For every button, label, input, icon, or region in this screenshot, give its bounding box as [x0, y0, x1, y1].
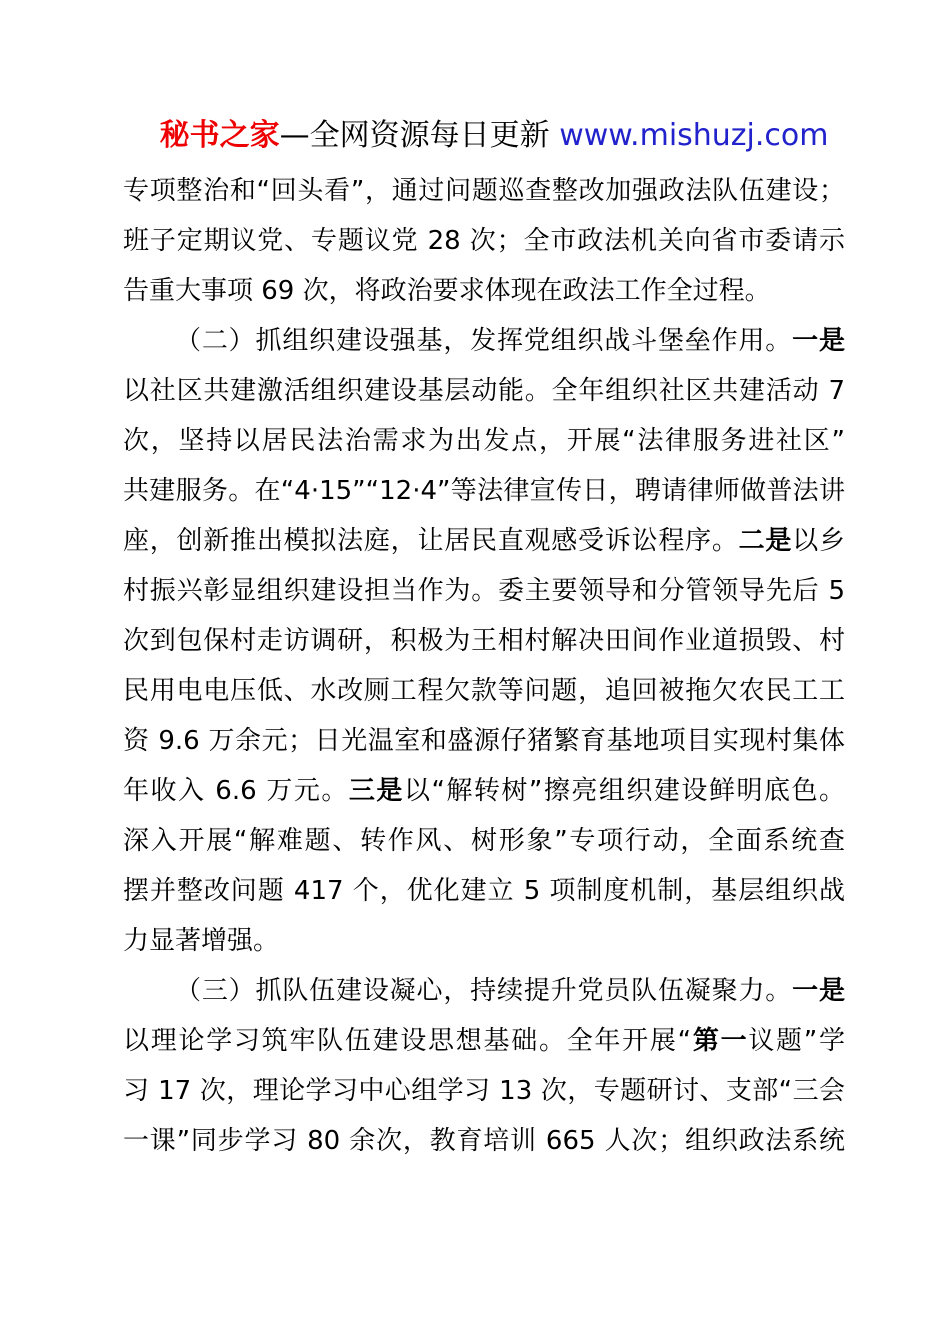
- emphasis-text: 三是: [349, 776, 404, 806]
- text-segment: 座，创新推出模拟法庭，让居民直观感受诉讼程序。: [123, 526, 739, 556]
- text-segment: 议题”学: [748, 1026, 845, 1056]
- text-line: 告重大事项 69 次，将政治要求体现在政法工作全过程。: [123, 266, 845, 316]
- text-line: （三）抓队伍建设凝心，持续提升党员队伍凝聚力。一是: [123, 966, 845, 1016]
- site-brand: 秘书之家: [160, 118, 280, 153]
- text-segment: 一课”同步学习 80 余次，教育培训 665 人次；组织政法系统领: [123, 1126, 845, 1166]
- text-line: 以社区共建激活组织建设基层动能。全年组织社区共建活动 7: [123, 366, 845, 416]
- text-line: 习 17 次，理论学习中心组学习 13 次，专题研讨、支部“三会: [123, 1066, 845, 1116]
- text-segment: 告重大事项 69 次，将政治要求体现在政法工作全过程。: [123, 276, 771, 306]
- text-line: 专项整治和“回头看”，通过问题巡查整改加强政法队伍建设；: [123, 166, 845, 216]
- paragraph: （二）抓组织建设强基，发挥党组织战斗堡垒作用。一是以社区共建激活组织建设基层动能…: [123, 316, 845, 966]
- text-segment: 次，坚持以居民法治需求为出发点，开展“法律服务进社区”: [123, 426, 845, 456]
- text-line: 次，坚持以居民法治需求为出发点，开展“法律服务进社区”: [123, 416, 845, 466]
- text-segment: 专项整治和“回头看”，通过问题巡查整改加强政法队伍建设；: [123, 176, 845, 206]
- emphasis-text: 一是: [792, 326, 845, 356]
- text-segment: 习 17 次，理论学习中心组学习 13 次，专题研讨、支部“三会: [123, 1076, 845, 1106]
- text-line: 座，创新推出模拟法庭，让居民直观感受诉讼程序。二是以乡: [123, 516, 845, 566]
- document-body: 专项整治和“回头看”，通过问题巡查整改加强政法队伍建设；班子定期议党、专题议党 …: [123, 166, 845, 1166]
- text-segment: 资 9.6 万余元；日光温室和盛源仔猪繁育基地项目实现村集体: [123, 726, 845, 756]
- paragraph: （三）抓队伍建设凝心，持续提升党员队伍凝聚力。一是以理论学习筑牢队伍建设思想基础…: [123, 966, 845, 1166]
- paragraph: 专项整治和“回头看”，通过问题巡查整改加强政法队伍建设；班子定期议党、专题议党 …: [123, 166, 845, 316]
- site-tagline: —全网资源每日更新: [280, 118, 560, 153]
- text-line: 班子定期议党、专题议党 28 次；全市政法机关向省市委请示报: [123, 216, 845, 266]
- text-line: 深入开展“解难题、转作风、树形象”专项行动，全面系统查: [123, 816, 845, 866]
- text-line: 一课”同步学习 80 余次，教育培训 665 人次；组织政法系统领: [123, 1116, 845, 1166]
- text-segment: （三）抓队伍建设凝心，持续提升党员队伍凝聚力。: [175, 976, 792, 1006]
- text-line: 摆并整改问题 417 个，优化建立 5 项制度机制，基层组织战斗: [123, 866, 845, 916]
- document-page: 秘书之家—全网资源每日更新 www.mishuzj.com 专项整治和“回头看”…: [0, 0, 950, 1344]
- text-segment: 次到包保村走访调研，积极为王相村解决田间作业道损毁、村: [123, 626, 845, 656]
- text-segment: 班子定期议党、专题议党 28 次；全市政法机关向省市委请示报: [123, 226, 845, 266]
- text-segment: 力显著增强。: [123, 926, 279, 956]
- text-line: 资 9.6 万余元；日光温室和盛源仔猪繁育基地项目实现村集体: [123, 716, 845, 766]
- text-segment: 以社区共建激活组织建设基层动能。全年组织社区共建活动 7: [123, 376, 845, 406]
- text-line: （二）抓组织建设强基，发挥党组织战斗堡垒作用。一是: [123, 316, 845, 366]
- text-line: 力显著增强。: [123, 916, 845, 966]
- text-segment: 以乡: [792, 526, 845, 556]
- text-segment: （二）抓组织建设强基，发挥党组织战斗堡垒作用。: [175, 326, 792, 356]
- emphasis-text: 一是: [792, 976, 845, 1006]
- text-line: 年收入 6.6 万元。三是以“解转树”擦亮组织建设鲜明底色。: [123, 766, 845, 816]
- text-line: 共建服务。在“4·15”“12·4”等法律宣传日，聘请律师做普法讲: [123, 466, 845, 516]
- site-url-link[interactable]: www.mishuzj.com: [559, 118, 828, 153]
- text-line: 民用电电压低、水改厕工程欠款等问题，追回被拖欠农民工工: [123, 666, 845, 716]
- text-line: 村振兴彰显组织建设担当作为。委主要领导和分管领导先后 5: [123, 566, 845, 616]
- emphasis-text: 第一: [691, 1026, 748, 1056]
- text-segment: 共建服务。在“4·15”“12·4”等法律宣传日，聘请律师做普法讲: [123, 476, 845, 506]
- text-segment: 以理论学习筑牢队伍建设思想基础。全年开展“: [123, 1026, 691, 1056]
- text-segment: 以“解转树”擦亮组织建设鲜明底色。: [404, 776, 845, 806]
- text-segment: 深入开展“解难题、转作风、树形象”专项行动，全面系统查: [123, 826, 845, 856]
- text-line: 以理论学习筑牢队伍建设思想基础。全年开展“第一议题”学: [123, 1016, 845, 1066]
- text-segment: 摆并整改问题 417 个，优化建立 5 项制度机制，基层组织战斗: [123, 876, 845, 916]
- text-line: 次到包保村走访调研，积极为王相村解决田间作业道损毁、村: [123, 616, 845, 666]
- emphasis-text: 二是: [739, 526, 793, 556]
- text-segment: 村振兴彰显组织建设担当作为。委主要领导和分管领导先后 5: [123, 576, 845, 606]
- text-segment: 民用电电压低、水改厕工程欠款等问题，追回被拖欠农民工工: [123, 676, 845, 706]
- text-segment: 年收入 6.6 万元。: [123, 776, 349, 806]
